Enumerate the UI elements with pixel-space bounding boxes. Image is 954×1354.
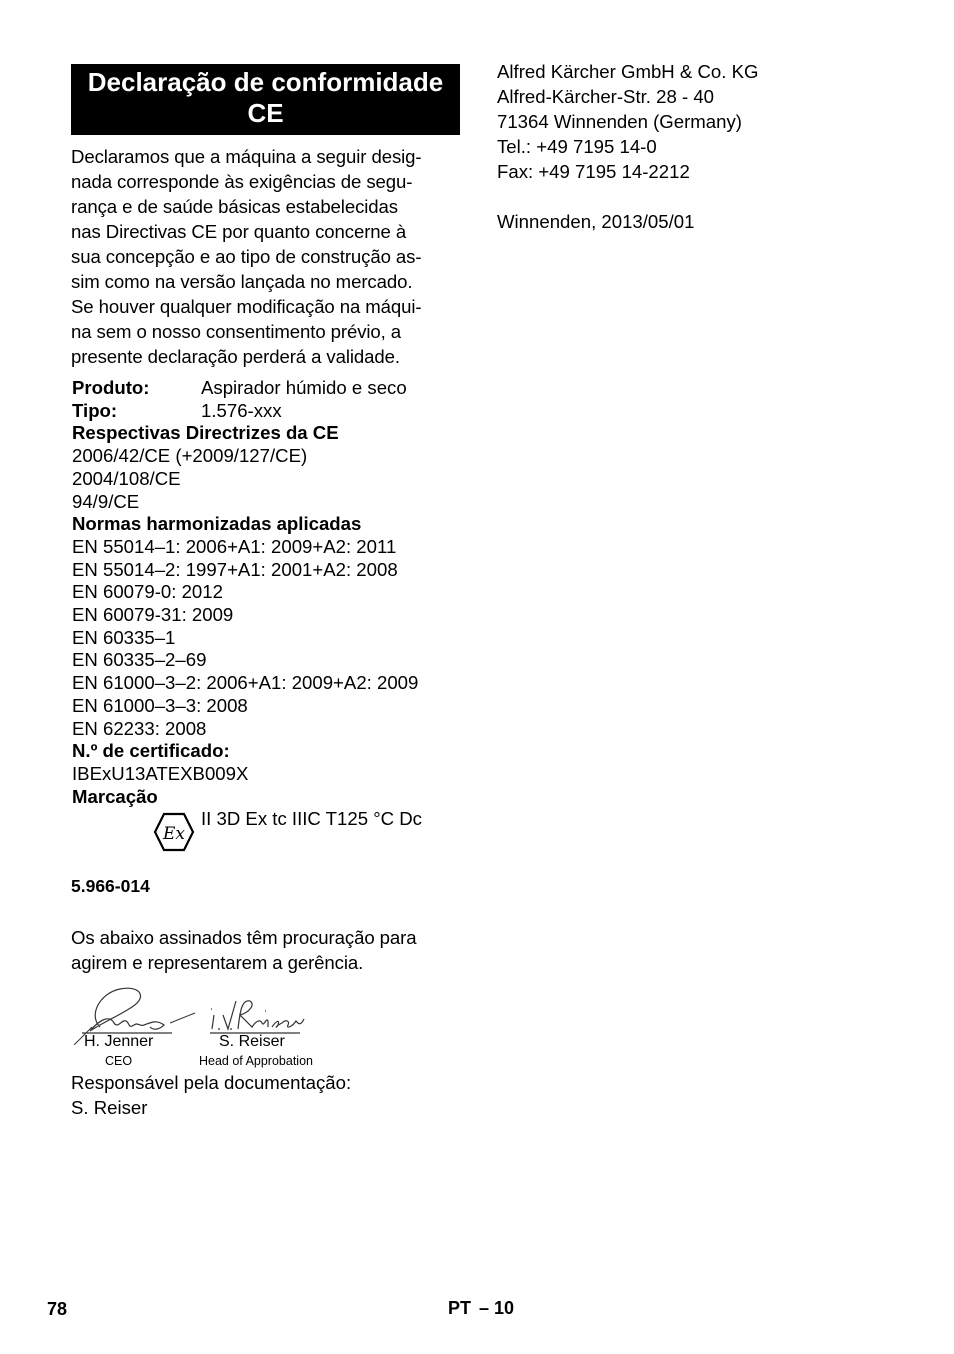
directive-item: 2004/108/CE — [72, 468, 467, 491]
standard-item: EN 61000–3–2: 2006+A1: 2009+A2: 2009 — [72, 672, 467, 695]
language-code: PT — [448, 1298, 471, 1318]
declaration-paragraph: Declaramos que a máquina a seguir desig-… — [71, 144, 466, 369]
text-line: presente declaração perderá a validade. — [71, 344, 466, 369]
text-line: sim como na versão lançada no mercado. — [71, 269, 466, 294]
marking-row: Ex II 3D Ex tc IIIC T125 °C Dc — [72, 808, 467, 854]
standard-item: EN 60079-31: 2009 — [72, 604, 467, 627]
text-line: nada corresponde às exigências de segu- — [71, 169, 466, 194]
text-line: na sem o nosso consentimento prévio, a — [71, 319, 466, 344]
title-line-1: Declaração de conformidade — [71, 67, 460, 98]
text-line: Declaramos que a máquina a seguir desig- — [71, 144, 466, 169]
footer-section: PT– 10 — [448, 1298, 514, 1319]
type-label: Tipo: — [72, 400, 201, 423]
directives-heading: Respectivas Directrizes da CE — [72, 422, 467, 445]
product-label: Produto: — [72, 377, 201, 400]
directive-item: 94/9/CE — [72, 491, 467, 514]
svg-text:Ex: Ex — [162, 824, 185, 844]
type-value: 1.576-xxx — [201, 400, 282, 421]
phone-line: Tel.: +49 7195 14-0 — [497, 134, 758, 159]
fax-line: Fax: +49 7195 14-2212 — [497, 159, 758, 184]
signature-block: H. Jenner CEO S. Reiser Head of Approbat… — [60, 975, 350, 1075]
text-line: Os abaixo assinados têm procuração para — [71, 925, 466, 950]
signatory-name: H. Jenner — [84, 1033, 153, 1051]
documentation-label: Responsável pela documentação: — [71, 1070, 351, 1095]
documentation-responsible: Responsável pela documentação: S. Reiser — [71, 1070, 351, 1120]
text-line: sua concepção e ao tipo de construção as… — [71, 244, 466, 269]
specifications: Produto:Aspirador húmido e seco Tipo:1.5… — [72, 377, 467, 854]
text-line: nas Directivas CE por quanto concerne à — [71, 219, 466, 244]
text-line: agirem e representarem a gerência. — [71, 950, 466, 975]
certificate-heading: N.º de certificado: — [72, 740, 467, 763]
title-line-2: CE — [71, 98, 460, 129]
address-line: Alfred-Kärcher-Str. 28 - 40 — [497, 84, 758, 109]
documentation-name: S. Reiser — [71, 1095, 351, 1120]
standard-item: EN 60079-0: 2012 — [72, 581, 467, 604]
company-address: Alfred Kärcher GmbH & Co. KG Alfred-Kärc… — [497, 59, 758, 234]
marking-heading: Marcação — [72, 786, 467, 809]
standard-item: EN 62233: 2008 — [72, 718, 467, 741]
page-number: 78 — [47, 1299, 67, 1320]
directive-item: 2006/42/CE (+2009/127/CE) — [72, 445, 467, 468]
text-line: rança e de saúde básicas estabelecidas — [71, 194, 466, 219]
standard-item: EN 60335–2–69 — [72, 649, 467, 672]
signatory-role: CEO — [105, 1054, 132, 1068]
standard-item: EN 55014–2: 1997+A1: 2001+A2: 2008 — [72, 559, 467, 582]
proxy-paragraph: Os abaixo assinados têm procuração para … — [71, 925, 466, 975]
page-title: Declaração de conformidade CE — [71, 64, 460, 135]
standard-item: EN 60335–1 — [72, 627, 467, 650]
part-number: 5.966-014 — [71, 876, 150, 897]
signatory-name: S. Reiser — [219, 1033, 285, 1051]
ex-hexagon-icon: Ex — [153, 812, 195, 852]
certificate-value: IBExU13ATEXB009X — [72, 763, 467, 786]
product-row: Produto:Aspirador húmido e seco — [72, 377, 467, 400]
address-line: Alfred Kärcher GmbH & Co. KG — [497, 59, 758, 84]
text-line: Se houver qualquer modificação na máqui- — [71, 294, 466, 319]
marking-value: II 3D Ex tc IIIC T125 °C Dc — [201, 808, 422, 831]
place-date: Winnenden, 2013/05/01 — [497, 209, 758, 234]
signatory-role: Head of Approbation — [199, 1054, 313, 1068]
standards-heading: Normas harmonizadas aplicadas — [72, 513, 467, 536]
section-page: – 10 — [479, 1298, 514, 1318]
product-value: Aspirador húmido e seco — [201, 377, 407, 398]
standard-item: EN 61000–3–3: 2008 — [72, 695, 467, 718]
address-line: 71364 Winnenden (Germany) — [497, 109, 758, 134]
standard-item: EN 55014–1: 2006+A1: 2009+A2: 2011 — [72, 536, 467, 559]
type-row: Tipo:1.576-xxx — [72, 400, 467, 423]
